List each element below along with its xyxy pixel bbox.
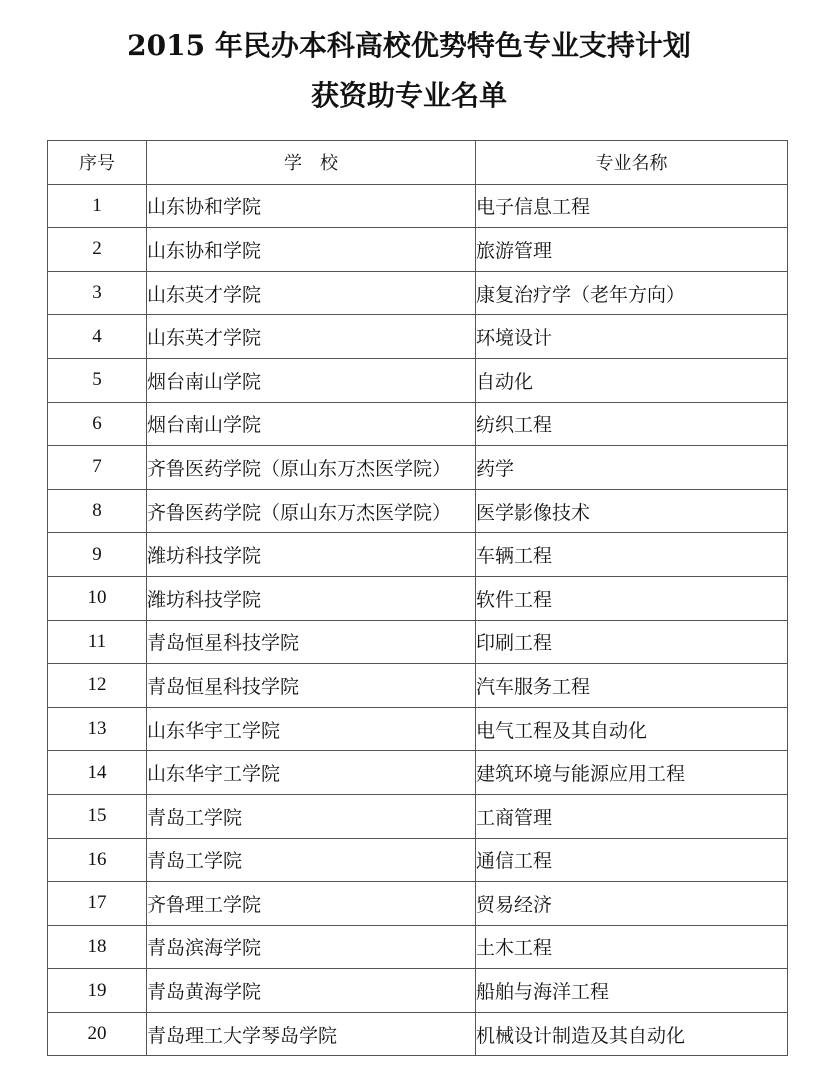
table-row: 15青岛工学院工商管理 <box>48 794 788 838</box>
row-major: 印刷工程 <box>476 620 788 664</box>
row-index: 7 <box>48 446 147 490</box>
row-index: 9 <box>48 533 147 577</box>
row-major: 软件工程 <box>476 576 788 620</box>
row-major: 土木工程 <box>476 925 788 969</box>
row-major: 医学影像技术 <box>476 489 788 533</box>
row-school: 烟台南山学院 <box>147 402 476 446</box>
row-index: 10 <box>48 576 147 620</box>
row-school: 青岛理工大学琴岛学院 <box>147 1012 476 1056</box>
row-school: 潍坊科技学院 <box>147 533 476 577</box>
row-index: 13 <box>48 707 147 751</box>
row-index: 5 <box>48 358 147 402</box>
row-school: 青岛工学院 <box>147 794 476 838</box>
row-major: 自动化 <box>476 358 788 402</box>
row-major: 通信工程 <box>476 838 788 882</box>
header-school: 学校 <box>147 141 476 185</box>
row-school: 山东英才学院 <box>147 315 476 359</box>
table-row: 9潍坊科技学院车辆工程 <box>48 533 788 577</box>
row-school: 潍坊科技学院 <box>147 576 476 620</box>
row-index: 2 <box>48 228 147 272</box>
row-index: 16 <box>48 838 147 882</box>
row-index: 11 <box>48 620 147 664</box>
row-school: 青岛恒星科技学院 <box>147 664 476 708</box>
row-school: 青岛工学院 <box>147 838 476 882</box>
header-major: 专业名称 <box>476 141 788 185</box>
row-school: 青岛黄海学院 <box>147 969 476 1013</box>
table-body: 1山东协和学院电子信息工程2山东协和学院旅游管理3山东英才学院康复治疗学（老年方… <box>48 184 788 1056</box>
funded-majors-table: 序号 学校 专业名称 1山东协和学院电子信息工程2山东协和学院旅游管理3山东英才… <box>47 140 788 1056</box>
document-title-line2: 获资助专业名单 <box>0 74 818 114</box>
row-index: 4 <box>48 315 147 359</box>
row-index: 3 <box>48 271 147 315</box>
row-major: 车辆工程 <box>476 533 788 577</box>
row-index: 8 <box>48 489 147 533</box>
row-major: 贸易经济 <box>476 882 788 926</box>
row-index: 1 <box>48 184 147 228</box>
table-row: 11青岛恒星科技学院印刷工程 <box>48 620 788 664</box>
table-row: 1山东协和学院电子信息工程 <box>48 184 788 228</box>
row-index: 15 <box>48 794 147 838</box>
row-major: 康复治疗学（老年方向） <box>476 271 788 315</box>
table-row: 13山东华宇工学院电气工程及其自动化 <box>48 707 788 751</box>
row-major: 电气工程及其自动化 <box>476 707 788 751</box>
table-row: 12青岛恒星科技学院汽车服务工程 <box>48 664 788 708</box>
table-row: 8齐鲁医药学院（原山东万杰医学院）医学影像技术 <box>48 489 788 533</box>
header-index: 序号 <box>48 141 147 185</box>
table-row: 19青岛黄海学院船舶与海洋工程 <box>48 969 788 1013</box>
row-index: 17 <box>48 882 147 926</box>
header-school-label: 学校 <box>284 153 356 174</box>
table-row: 5烟台南山学院自动化 <box>48 358 788 402</box>
row-school: 齐鲁理工学院 <box>147 882 476 926</box>
row-index: 12 <box>48 664 147 708</box>
table-row: 20青岛理工大学琴岛学院机械设计制造及其自动化 <box>48 1012 788 1056</box>
row-index: 14 <box>48 751 147 795</box>
row-school: 烟台南山学院 <box>147 358 476 402</box>
row-school: 山东协和学院 <box>147 228 476 272</box>
table-row: 2山东协和学院旅游管理 <box>48 228 788 272</box>
row-school: 山东英才学院 <box>147 271 476 315</box>
row-major: 旅游管理 <box>476 228 788 272</box>
row-school: 山东华宇工学院 <box>147 751 476 795</box>
row-major: 环境设计 <box>476 315 788 359</box>
row-school: 青岛恒星科技学院 <box>147 620 476 664</box>
row-major: 工商管理 <box>476 794 788 838</box>
table-row: 7齐鲁医药学院（原山东万杰医学院）药学 <box>48 446 788 490</box>
row-school: 齐鲁医药学院（原山东万杰医学院） <box>147 489 476 533</box>
table-row: 18青岛滨海学院土木工程 <box>48 925 788 969</box>
row-major: 汽车服务工程 <box>476 664 788 708</box>
table-row: 6烟台南山学院纺织工程 <box>48 402 788 446</box>
row-index: 18 <box>48 925 147 969</box>
row-major: 船舶与海洋工程 <box>476 969 788 1013</box>
row-major: 药学 <box>476 446 788 490</box>
row-school: 山东协和学院 <box>147 184 476 228</box>
row-school: 山东华宇工学院 <box>147 707 476 751</box>
table-row: 17齐鲁理工学院贸易经济 <box>48 882 788 926</box>
row-index: 19 <box>48 969 147 1013</box>
table-row: 4山东英才学院环境设计 <box>48 315 788 359</box>
row-major: 机械设计制造及其自动化 <box>476 1012 788 1056</box>
row-major: 电子信息工程 <box>476 184 788 228</box>
row-major: 纺织工程 <box>476 402 788 446</box>
table-row: 3山东英才学院康复治疗学（老年方向） <box>48 271 788 315</box>
table-row: 14山东华宇工学院建筑环境与能源应用工程 <box>48 751 788 795</box>
table-row: 16青岛工学院通信工程 <box>48 838 788 882</box>
table-row: 10潍坊科技学院软件工程 <box>48 576 788 620</box>
row-index: 20 <box>48 1012 147 1056</box>
document-title-line1: 2015 年民办本科高校优势特色专业支持计划 <box>0 24 818 64</box>
table-header-row: 序号 学校 专业名称 <box>48 141 788 185</box>
row-school: 齐鲁医药学院（原山东万杰医学院） <box>147 446 476 490</box>
row-index: 6 <box>48 402 147 446</box>
row-school: 青岛滨海学院 <box>147 925 476 969</box>
row-major: 建筑环境与能源应用工程 <box>476 751 788 795</box>
